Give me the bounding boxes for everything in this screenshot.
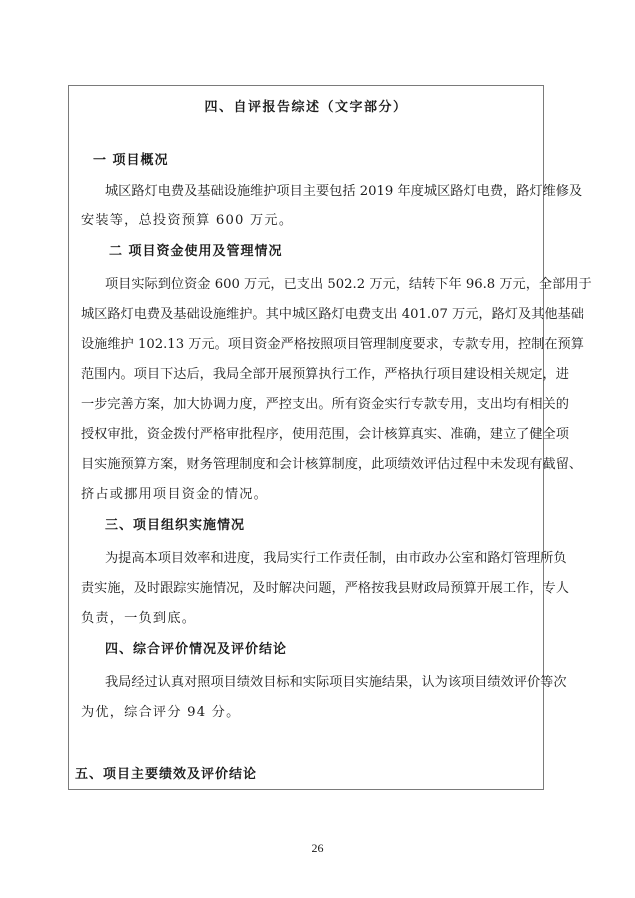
section-3-heading: 三、项目组织实施情况 — [105, 518, 535, 534]
section-5-heading: 五、项目主要绩效及评价结论 — [75, 767, 535, 783]
section-3-line-3: 负责，一负到底。 — [81, 611, 535, 627]
report-summary-box: 四、自评报告综述（文字部分） 一 项目概况 城区路灯电费及基础设施维护项目主要包… — [68, 85, 544, 790]
section-1-line-2: 安装等，总投资预算 600 万元。 — [81, 213, 535, 229]
section-4-line-2: 为优，综合评分 94 分。 — [81, 705, 535, 721]
section-2-line-3: 设施维护 102.13 万元。项目资金严格按照项目管理制度要求，专款专用，控制在… — [81, 337, 535, 353]
section-4-heading: 四、综合评价情况及评价结论 — [105, 642, 535, 658]
box-title: 四、自评报告综述（文字部分） — [69, 96, 543, 115]
page-number: 26 — [0, 841, 635, 856]
section-2-line-4: 范围内。项目下达后，我局全部开展预算执行工作，严格执行项目建设相关规定，进 — [81, 367, 535, 383]
section-2-heading: 二 项目资金使用及管理情况 — [109, 244, 535, 260]
section-2-line-2: 城区路灯电费及基础设施维护。其中城区路灯电费支出 401.07 万元，路灯及其他… — [81, 307, 535, 323]
section-2-line-8: 挤占或挪用项目资金的情况。 — [81, 487, 535, 503]
section-2-line-7: 目实施预算方案，财务管理制度和会计核算制度，此项绩效评估过程中未发现有截留、 — [81, 457, 535, 473]
section-4-line-1: 我局经过认真对照项目绩效目标和实际项目实施结果，认为该项目绩效评价等次 — [105, 675, 535, 691]
section-2-line-1: 项目实际到位资金 600 万元，已支出 502.2 万元，结转下年 96.8 万… — [105, 277, 535, 293]
section-1-heading: 一 项目概况 — [93, 153, 535, 169]
section-1-line-1: 城区路灯电费及基础设施维护项目主要包括 2019 年度城区路灯电费，路灯维修及 — [105, 184, 535, 200]
section-3-line-1: 为提高本项目效率和进度，我局实行工作责任制，由市政办公室和路灯管理所负 — [105, 551, 535, 567]
section-2-line-5: 一步完善方案，加大协调力度，严控支出。所有资金实行专款专用，支出均有相关的 — [81, 397, 535, 413]
section-3-line-2: 责实施，及时跟踪实施情况，及时解决问题，严格按我县财政局预算开展工作，专人 — [81, 581, 535, 597]
section-2-line-6: 授权审批，资金拨付严格审批程序，使用范围，会计核算真实、准确，建立了健全项 — [81, 427, 535, 443]
document-page: 四、自评报告综述（文字部分） 一 项目概况 城区路灯电费及基础设施维护项目主要包… — [0, 0, 635, 898]
